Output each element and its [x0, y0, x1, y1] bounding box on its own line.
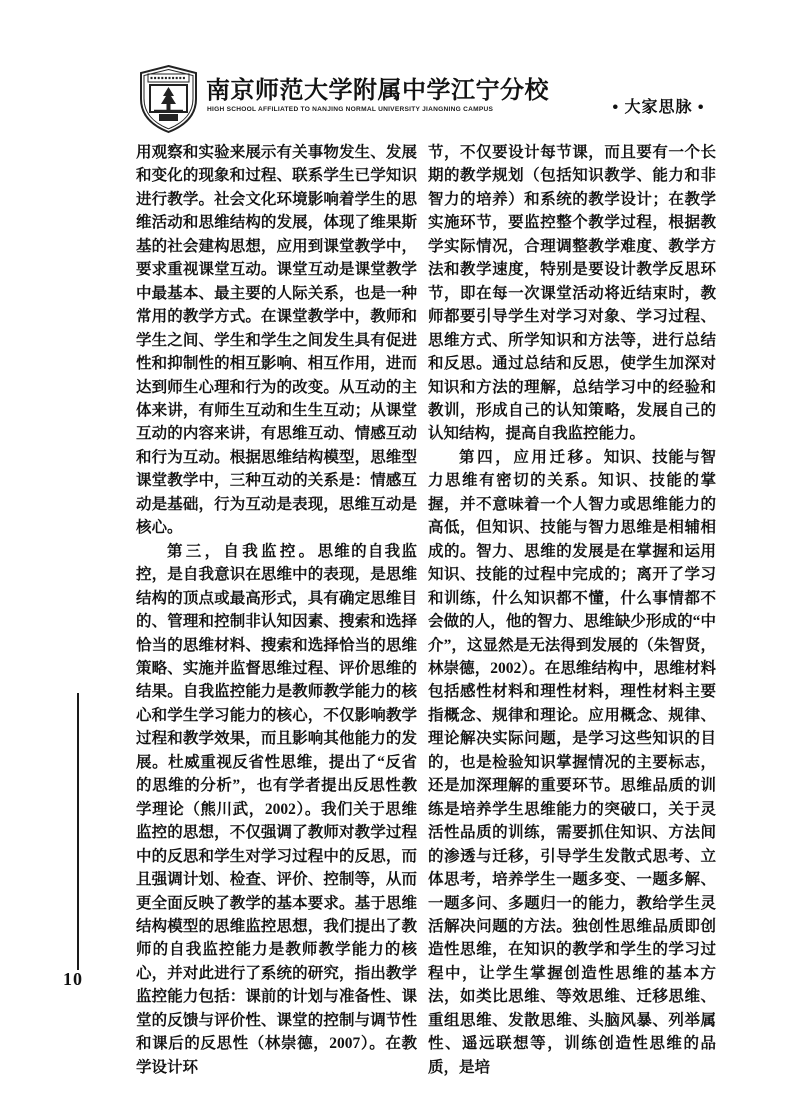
paragraph-body-self-monitoring: 思维的自我监控，是自我意识在思维中的表现，是思维结构的顶点或最高形式，具有确定思…	[136, 543, 417, 1076]
paragraph-body-application-transfer: 知识、技能与智力思维有密切的关系。知识、技能的掌握，并不意味着一个人智力或思维能…	[428, 449, 716, 1076]
page-number: 10	[63, 969, 83, 990]
paragraph-fourth-point: 第四，应用迁移。知识、技能与智力思维有密切的关系。知识、技能的掌握，并不意味着一…	[428, 446, 716, 1079]
left-column: 用观察和实验来展示有关事物发生、发展和变化的现象和过程、联系学生已学知识进行教学…	[136, 141, 417, 1079]
paragraph-lead-application-transfer: 第四，应用迁移。	[459, 449, 604, 466]
section-title-badge: • 大家思脉 •	[596, 94, 721, 117]
document-page: 南京师范大学附属中学江宁分校 HIGH SCHOOL AFFILIATED TO…	[0, 0, 805, 1100]
paragraph-third-point: 第三，自我监控。思维的自我监控，是自我意识在思维中的表现，是思维结构的顶点或最高…	[136, 540, 417, 1079]
school-crest-icon	[137, 64, 200, 134]
paragraph-lead-self-monitoring: 第三，自我监控。	[167, 543, 317, 560]
paragraph-third-point-continued: 节，不仅要设计每节课，而且要有一个长期的教学规划（包括知识教学、能力和非智力的培…	[428, 141, 716, 446]
right-column: 节，不仅要设计每节课，而且要有一个长期的教学规划（包括知识教学、能力和非智力的培…	[428, 141, 716, 1079]
paragraph-continued: 用观察和实验来展示有关事物发生、发展和变化的现象和过程、联系学生已学知识进行教学…	[136, 141, 417, 540]
school-name: 南京师范大学附属中学江宁分校	[206, 70, 536, 105]
school-name-english: HIGH SCHOOL AFFILIATED TO NANJING NORMAL…	[207, 106, 497, 113]
left-margin-rule	[77, 693, 79, 970]
